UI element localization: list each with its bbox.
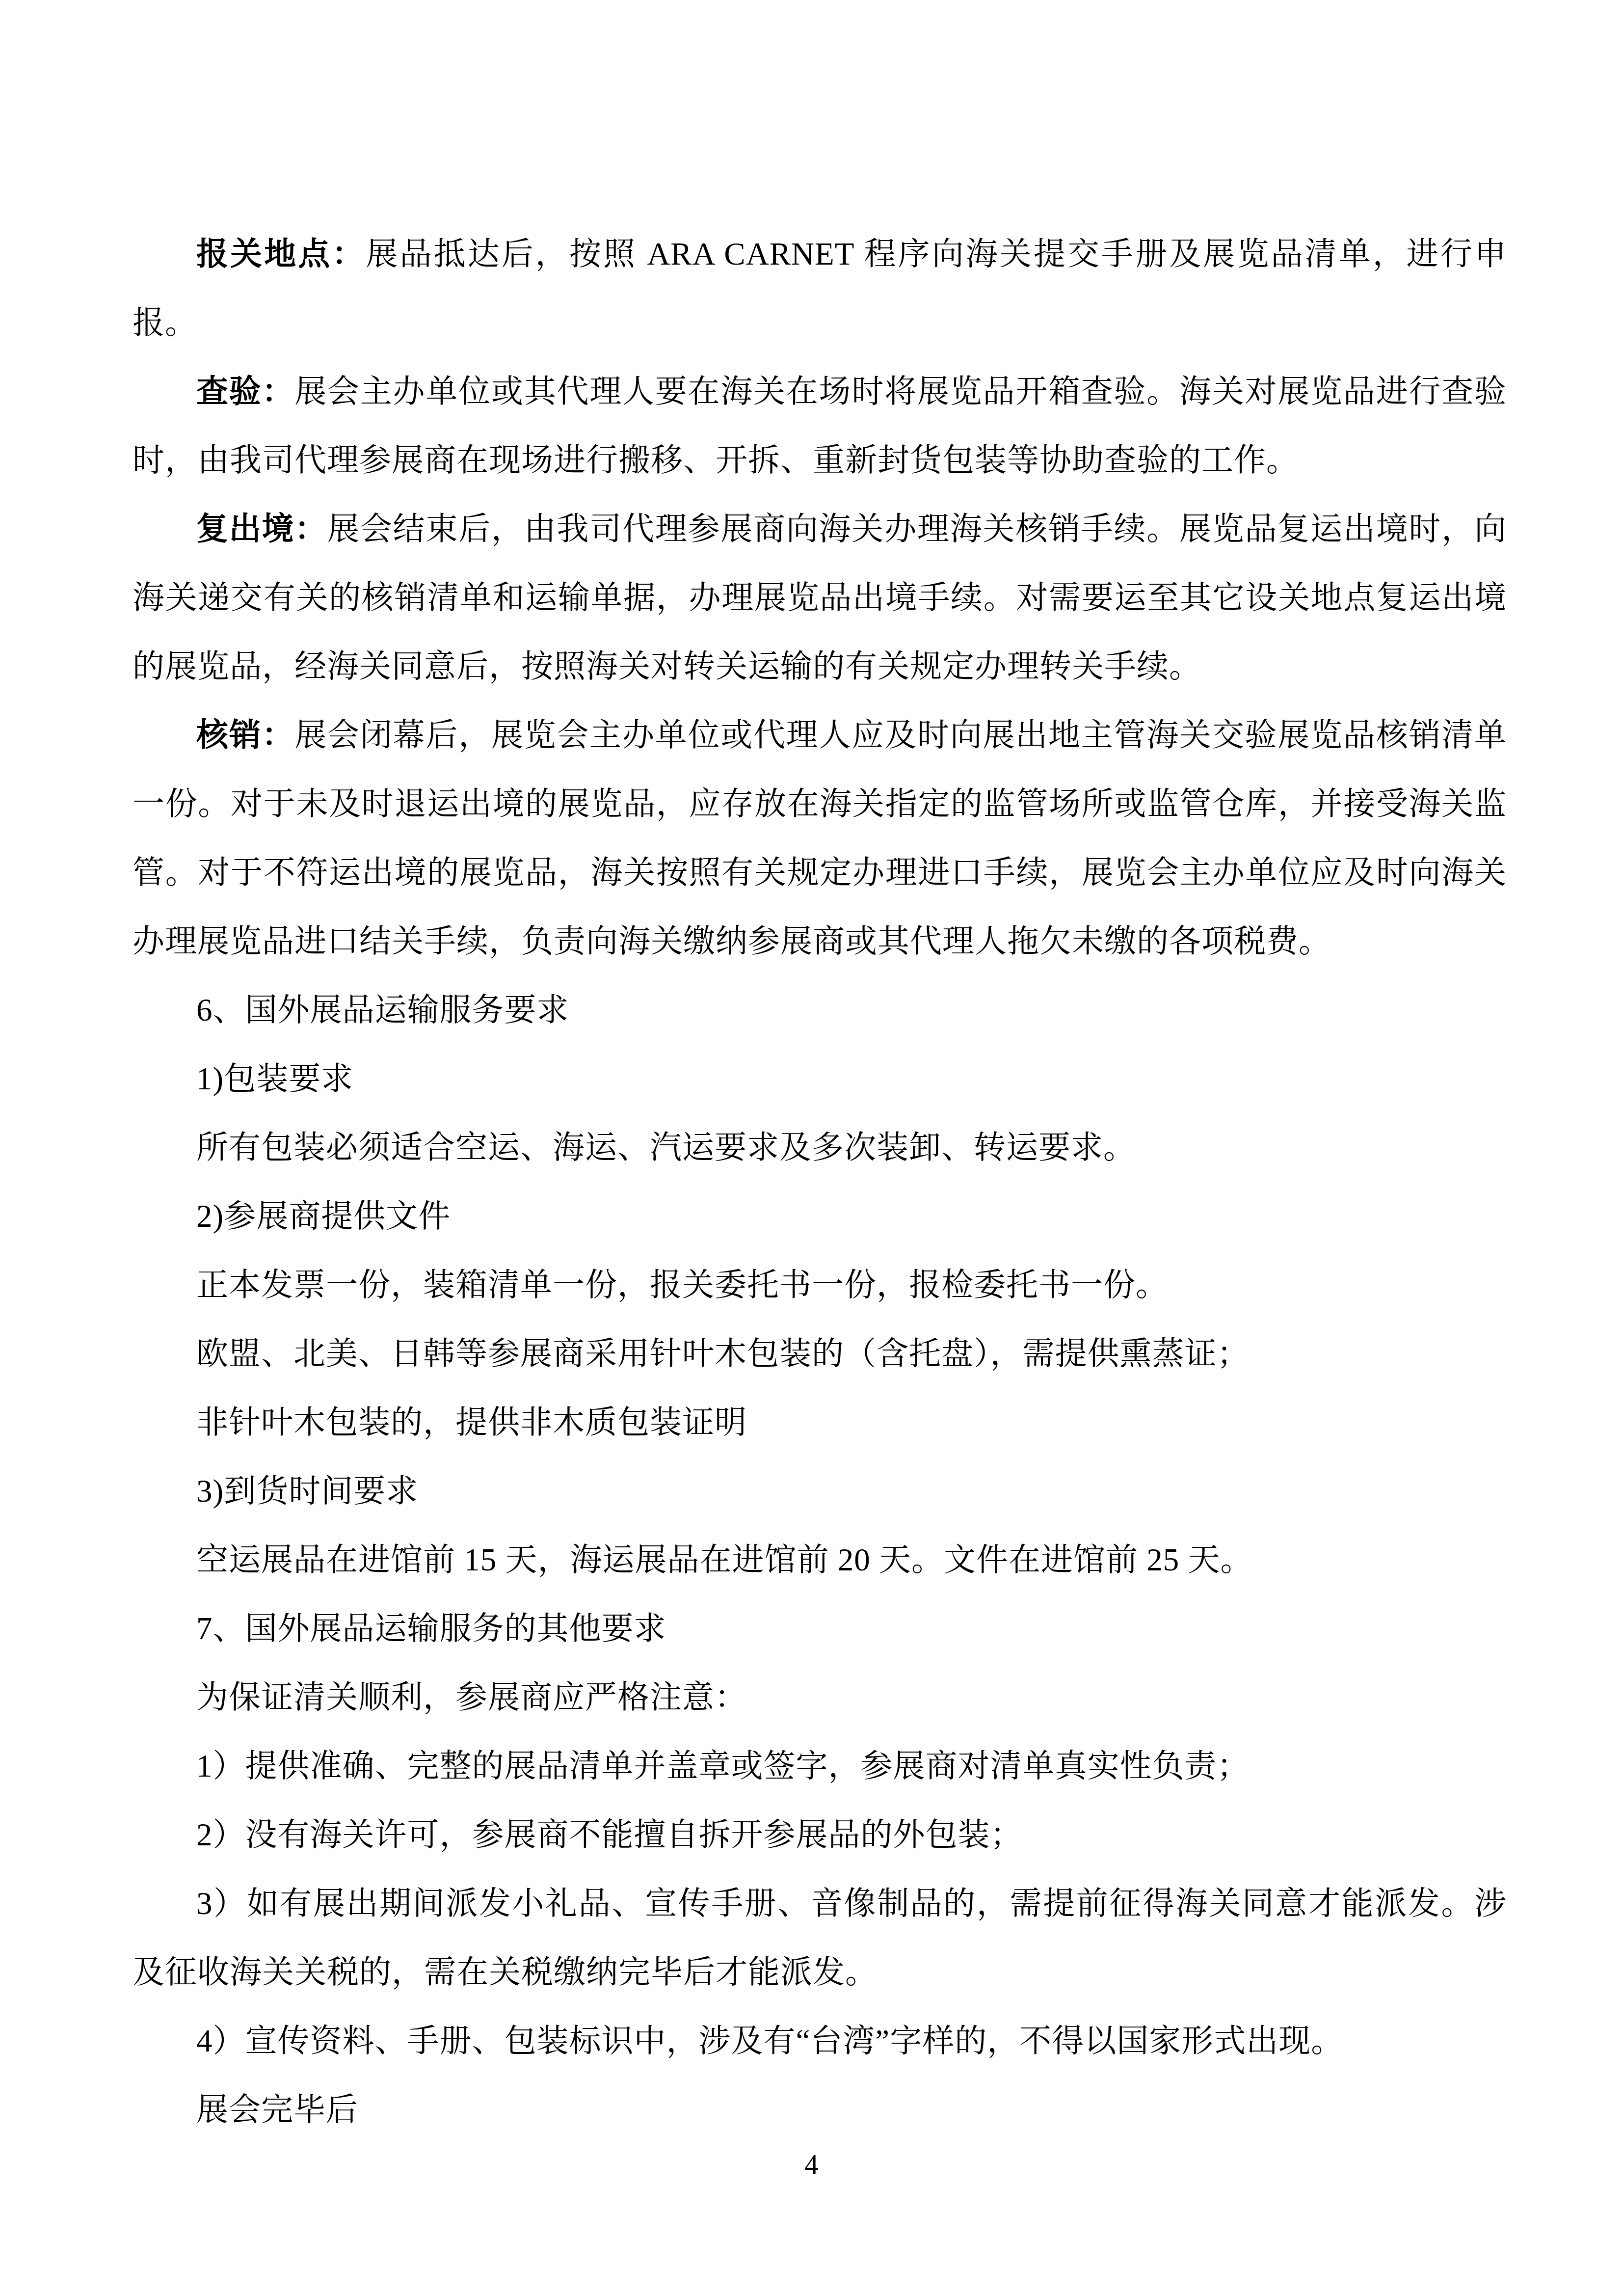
paragraph-fumigation-certificate: 欧盟、北美、日韩等参展商采用针叶木包装的（含托盘），需提供熏蒸证； bbox=[133, 1320, 1507, 1388]
paragraph-text: 3)到货时间要求 bbox=[196, 1474, 418, 1509]
paragraph-text: 非针叶木包装的，提供非木质包装证明 bbox=[196, 1405, 747, 1440]
paragraph-arrival-time-detail: 空运展品在进馆前 15 天，海运展品在进馆前 20 天。文件在进馆前 25 天。 bbox=[133, 1526, 1507, 1594]
paragraph-text: 展会完毕后 bbox=[196, 2092, 358, 2128]
paragraph-text: 所有包装必须适合空运、海运、汽运要求及多次装卸、转运要求。 bbox=[196, 1130, 1136, 1165]
paragraph-non-wood-packing: 非针叶木包装的，提供非木质包装证明 bbox=[133, 1388, 1507, 1457]
heading-section-6: 6、国外展品运输服务要求 bbox=[133, 976, 1507, 1045]
paragraph-lead-label: 核销： bbox=[196, 718, 294, 753]
paragraph-text: 2)参展商提供文件 bbox=[196, 1199, 451, 1234]
paragraph-customs-declaration-place: 报关地点：展品抵达后，按照 ARA CARNET 程序向海关提交手册及展览品清单… bbox=[133, 220, 1507, 357]
paragraph-text: 空运展品在进馆前 15 天，海运展品在进馆前 20 天。文件在进馆前 25 天。 bbox=[196, 1542, 1253, 1578]
page-number: 4 bbox=[0, 2149, 1623, 2181]
paragraph-text: 展会结束后，由我司代理参展商向海关办理海关核销手续。展览品复运出境时，向海关递交… bbox=[133, 512, 1507, 684]
paragraph-verification: 核销：展会闭幕后，展览会主办单位或代理人应及时向展出地主管海关交验展览品核销清单… bbox=[133, 701, 1507, 976]
heading-arrival-time: 3)到货时间要求 bbox=[133, 1457, 1507, 1526]
paragraph-text: 展会闭幕后，展览会主办单位或代理人应及时向展出地主管海关交验展览品核销清单一份。… bbox=[133, 718, 1507, 959]
paragraph-text: 4）宣传资料、手册、包装标识中，涉及有“台湾”字样的，不得以国家形式出现。 bbox=[196, 2024, 1343, 2059]
document-page: { "page": { "number": "4", "background_c… bbox=[0, 0, 1623, 2296]
paragraph-text: 展会主办单位或其代理人要在海关在场时将展览品开箱查验。海关对展览品进行查验时，由… bbox=[133, 374, 1507, 478]
paragraph-text: 7、国外展品运输服务的其他要求 bbox=[196, 1611, 666, 1647]
paragraph-notice-item-2: 2）没有海关许可，参展商不能擅自拆开参展品的外包装； bbox=[133, 1801, 1507, 1869]
paragraph-lead-label: 复出境： bbox=[196, 512, 327, 547]
paragraph-text: 3）如有展出期间派发小礼品、宣传手册、音像制品的，需提前征得海关同意才能派发。涉… bbox=[133, 1886, 1507, 1990]
paragraph-text: 正本发票一份，装箱清单一份，报关委托书一份，报检委托书一份。 bbox=[196, 1268, 1168, 1303]
heading-section-7: 7、国外展品运输服务的其他要求 bbox=[133, 1594, 1507, 1663]
heading-packing-requirements: 1)包装要求 bbox=[133, 1045, 1507, 1113]
paragraph-re-exit: 复出境：展会结束后，由我司代理参展商向海关办理海关核销手续。展览品复运出境时，向… bbox=[133, 495, 1507, 701]
paragraph-notice-item-3: 3）如有展出期间派发小礼品、宣传手册、音像制品的，需提前征得海关同意才能派发。涉… bbox=[133, 1869, 1507, 2007]
heading-exhibitor-documents: 2)参展商提供文件 bbox=[133, 1182, 1507, 1251]
paragraph-text: 2）没有海关许可，参展商不能擅自拆开参展品的外包装； bbox=[196, 1817, 1023, 1853]
paragraph-notice-item-1: 1）提供准确、完整的展品清单并盖章或签字，参展商对清单真实性负责； bbox=[133, 1732, 1507, 1801]
paragraph-text: 6、国外展品运输服务要求 bbox=[196, 993, 569, 1028]
paragraph-clearance-notice: 为保证清关顺利，参展商应严格注意： bbox=[133, 1663, 1507, 1732]
paragraph-after-exhibition: 展会完毕后 bbox=[133, 2076, 1507, 2144]
paragraph-text: 欧盟、北美、日韩等参展商采用针叶木包装的（含托盘），需提供熏蒸证； bbox=[196, 1336, 1250, 1372]
paragraph-inspection: 查验：展会主办单位或其代理人要在海关在场时将展览品开箱查验。海关对展览品进行查验… bbox=[133, 357, 1507, 495]
paragraph-text: 为保证清关顺利，参展商应严格注意： bbox=[196, 1680, 747, 1715]
document-body: 报关地点：展品抵达后，按照 ARA CARNET 程序向海关提交手册及展览品清单… bbox=[133, 220, 1507, 2144]
paragraph-text: 1)包装要求 bbox=[196, 1061, 353, 1097]
paragraph-packing-detail: 所有包装必须适合空运、海运、汽运要求及多次装卸、转运要求。 bbox=[133, 1113, 1507, 1182]
paragraph-text: 1）提供准确、完整的展品清单并盖章或签字，参展商对清单真实性负责； bbox=[196, 1749, 1250, 1784]
paragraph-lead-label: 报关地点： bbox=[196, 237, 366, 272]
paragraph-notice-item-4: 4）宣传资料、手册、包装标识中，涉及有“台湾”字样的，不得以国家形式出现。 bbox=[133, 2007, 1507, 2076]
paragraph-documents-detail: 正本发票一份，装箱清单一份，报关委托书一份，报检委托书一份。 bbox=[133, 1251, 1507, 1320]
paragraph-lead-label: 查验： bbox=[196, 374, 294, 409]
